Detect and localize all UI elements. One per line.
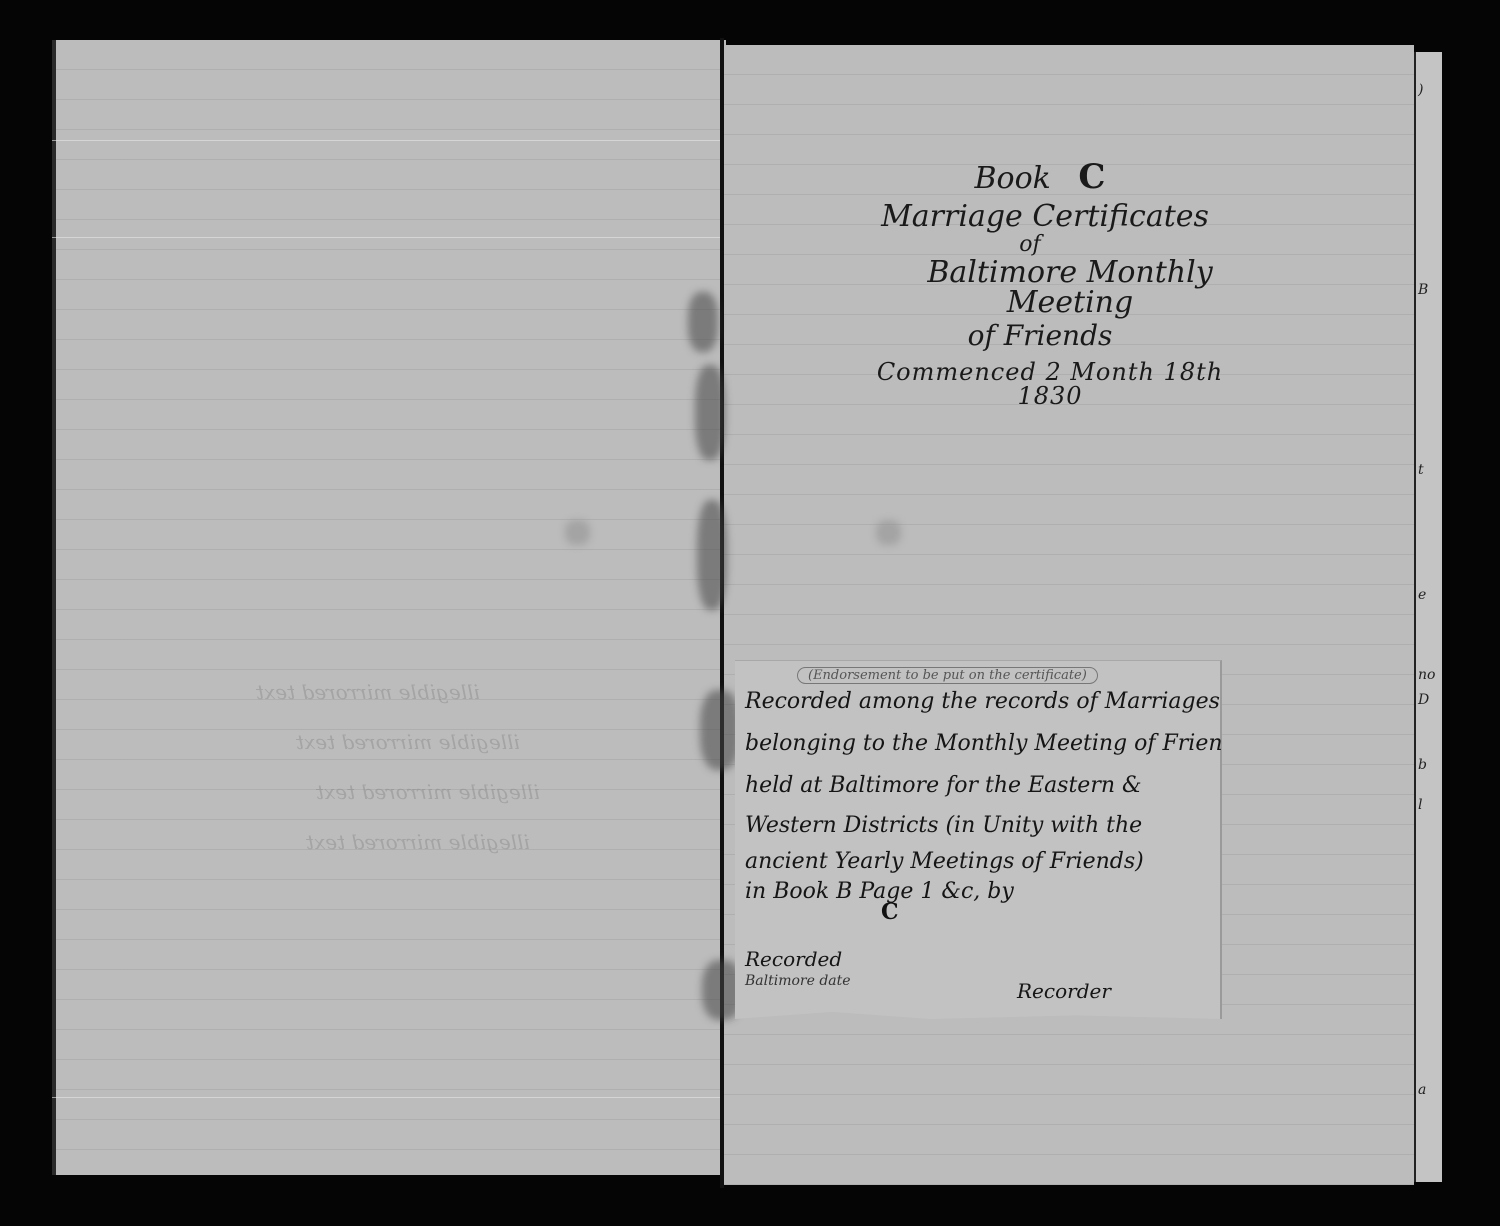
edge-mark: no [1418,667,1435,683]
edge-mark: l [1418,797,1422,813]
slip-line: belonging to the Monthly Meeting of Frie… [745,731,1248,756]
title-book-line: Book C [820,160,1260,194]
endorsement-note: (Endorsement to be put on the certificat… [797,667,1098,684]
slip-line: ancient Yearly Meetings of Friends) [745,849,1144,874]
title-of: of [800,234,1260,256]
slip-line: Western Districts (in Unity with the [745,813,1142,838]
book-correction-letter: C [881,899,899,925]
title-meeting-name: Baltimore Monthly Meeting [880,258,1260,318]
ledger-title: Book C Marriage Certificates of Baltimor… [860,160,1260,408]
title-book-word: Book [975,161,1051,196]
recorder-signature-label: Recorder [1017,979,1111,1003]
bleed-through-text: illegible mirrored text [296,730,520,754]
edge-mark: b [1418,757,1427,773]
spine-stain [697,500,727,610]
title-marriage-certificates: Marriage Certificates [830,202,1260,232]
edge-mark: e [1418,587,1426,603]
bleed-through-text: illegible mirrored text [316,780,540,804]
paper-spot [876,520,901,545]
slip-line: held at Baltimore for the Eastern & [745,773,1142,798]
recorded-label: Recorded [745,947,842,971]
next-leaf-edge: ) B t e no D b l a [1414,52,1442,1182]
title-commenced-date: Commenced 2 Month 18th 1830 [840,360,1260,408]
title-book-letter: C [1078,157,1105,197]
bleed-through-text: illegible mirrored text [306,830,530,854]
edge-mark: a [1418,1082,1426,1098]
bleed-through-text: illegible mirrored text [256,680,480,704]
edge-mark: B [1418,282,1428,298]
edge-mark: D [1418,692,1429,708]
slip-line: in Book B Page 1 &c, by [745,879,1014,904]
slip-line: Recorded among the records of Marriages [745,689,1220,714]
spine-stain [695,365,725,460]
spine-stain [700,690,740,770]
edge-mark: t [1418,462,1424,478]
title-of-friends: of Friends [820,322,1260,350]
paper-spot [565,520,590,545]
spine-stain [688,292,718,352]
edge-mark: ) [1418,82,1423,98]
left-page: illegible mirrored text illegible mirror… [52,40,726,1175]
place-date-label: Baltimore date [745,973,851,989]
pasted-endorsement-slip: (Endorsement to be put on the certificat… [735,660,1222,1019]
